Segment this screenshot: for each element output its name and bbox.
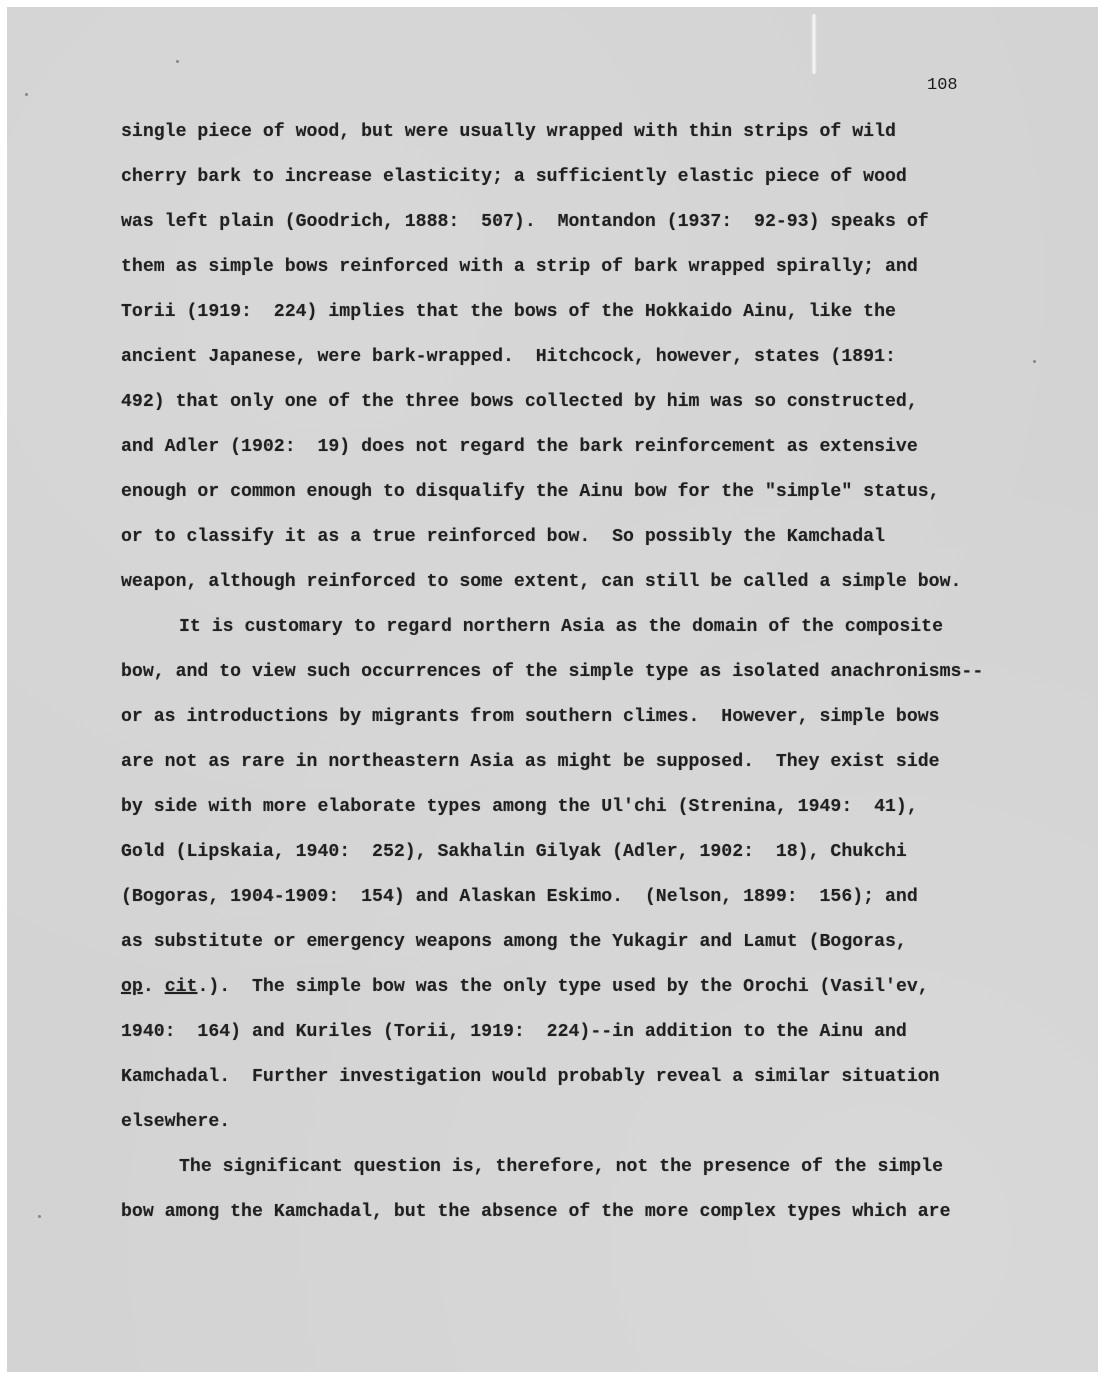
text-line: ancient Japanese, were bark-wrapped. Hit… [121, 339, 1021, 384]
scan-speck [25, 93, 28, 96]
text-line: as substitute or emergency weapons among… [121, 924, 1021, 969]
text-line: them as simple bows reinforced with a st… [121, 249, 1021, 294]
text-line: enough or common enough to disqualify th… [121, 474, 1021, 519]
text-line: and Adler (1902: 19) does not regard the… [121, 429, 1021, 474]
text-line: Gold (Lipskaia, 1940: 252), Sakhalin Gil… [121, 834, 1021, 879]
text-line: single piece of wood, but were usually w… [121, 114, 1021, 159]
scan-speck [176, 60, 179, 63]
body-text: single piece of wood, but were usually w… [121, 114, 1021, 1239]
text-fragment: .). The simple bow was the only type use… [197, 977, 928, 997]
text-line: bow, and to view such occurrences of the… [121, 654, 1021, 699]
text-line: by side with more elaborate types among … [121, 789, 1021, 834]
text-line: elsewhere. [121, 1104, 1021, 1149]
text-line: 492) that only one of the three bows col… [121, 384, 1021, 429]
text-fragment: . [143, 977, 165, 997]
text-line: Torii (1919: 224) implies that the bows … [121, 294, 1021, 339]
underlined-cit: cit [165, 977, 198, 997]
scan-speck [38, 1215, 41, 1218]
text-line: weapon, although reinforced to some exte… [121, 564, 1021, 609]
paragraph-start-line: It is customary to regard northern Asia … [121, 609, 1021, 654]
text-line: was left plain (Goodrich, 1888: 507). Mo… [121, 204, 1021, 249]
text-line: are not as rare in northeastern Asia as … [121, 744, 1021, 789]
text-line: bow among the Kamchadal, but the absence… [121, 1194, 1021, 1239]
page-number: 108 [927, 76, 958, 95]
underlined-op: op [121, 977, 143, 997]
text-line: or to classify it as a true reinforced b… [121, 519, 1021, 564]
text-line: (Bogoras, 1904-1909: 154) and Alaskan Es… [121, 879, 1021, 924]
scan-speck [1033, 360, 1036, 363]
text-line: Kamchadal. Further investigation would p… [121, 1059, 1021, 1104]
text-line: or as introductions by migrants from sou… [121, 699, 1021, 744]
text-line: 1940: 164) and Kuriles (Torii, 1919: 224… [121, 1014, 1021, 1059]
paragraph-start-line: The significant question is, therefore, … [121, 1149, 1021, 1194]
text-line: op. cit.). The simple bow was the only t… [121, 969, 1021, 1014]
paper-crease-mark [811, 14, 817, 74]
text-line: cherry bark to increase elasticity; a su… [121, 159, 1021, 204]
